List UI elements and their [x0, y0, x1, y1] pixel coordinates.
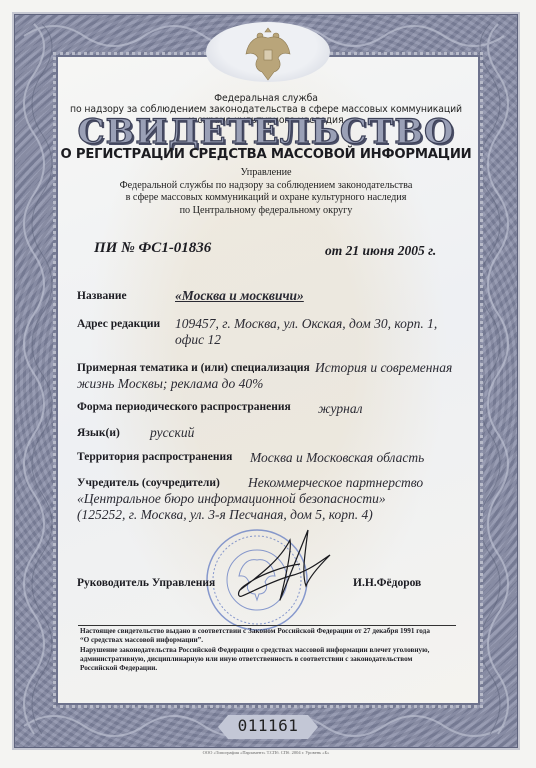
notice-line: Нарушение законодательства Российской Фе… — [80, 646, 460, 655]
field-value-topic-line1: История и современная — [315, 360, 452, 376]
legal-notice: Настоящее свидетельство выдано в соответ… — [80, 627, 460, 673]
signatory-title: Руководитель Управления — [77, 577, 215, 589]
notice-divider — [78, 625, 456, 626]
notice-line: Настоящее свидетельство выдано в соответ… — [80, 627, 460, 636]
department-name: Управление Федеральной службы по надзору… — [56, 167, 476, 217]
notice-line: Российской Федерации. — [80, 664, 460, 673]
signatory-name: И.Н.Фёдоров — [353, 577, 421, 589]
field-label-founder: Учредитель (соучредители) — [77, 477, 220, 489]
serial-number: 011161 — [218, 716, 318, 735]
double-headed-eagle-crest-icon — [242, 24, 294, 84]
field-value-founder-line1: Некоммерческое партнерство — [248, 475, 423, 491]
department-line: по Центральному федеральному округу — [56, 205, 476, 218]
document-subtitle: О РЕГИСТРАЦИИ СРЕДСТВА МАССОВОЙ ИНФОРМАЦ… — [56, 147, 476, 162]
field-label-topic: Примерная тематика и (или) специализация — [77, 362, 310, 374]
field-value-language: русский — [150, 425, 194, 441]
field-label-address: Адрес редакции — [77, 318, 160, 330]
field-label-name: Название — [77, 290, 127, 302]
registration-number: ПИ № ФС1-01836 — [94, 240, 211, 257]
address-line: офис 12 — [175, 332, 437, 348]
document-title: СВИДЕТЕЛЬСТВО — [56, 112, 476, 152]
printer-imprint: ООО «Типография «Парламент» Т.СПб. СПб. … — [56, 750, 476, 755]
department-line: в сфере массовых коммуникаций и охране к… — [56, 192, 476, 205]
notice-line: “О средствах массовой информации”. — [80, 636, 460, 645]
field-value-topic-line2: жизнь Москвы; реклама до 40% — [77, 376, 263, 392]
notice-line: административную, дисциплинарную или ину… — [80, 655, 460, 664]
field-value-founder-line2: «Центральное бюро информационной безопас… — [77, 491, 386, 507]
field-label-form: Форма периодического распространения — [77, 401, 291, 413]
field-label-language: Язык(и) — [77, 427, 120, 439]
department-line: Управление — [56, 167, 476, 180]
agency-line: Федеральная служба — [56, 93, 476, 104]
field-value-form: журнал — [318, 401, 362, 417]
department-line: Федеральной службы по надзору за соблюде… — [56, 180, 476, 193]
registration-date: от 21 июня 2005 г. — [325, 243, 436, 259]
field-value-address: 109457, г. Москва, ул. Окская, дом 30, к… — [175, 316, 437, 348]
field-value-name: «Москва и москвичи» — [175, 288, 304, 304]
field-label-territory: Территория распространения — [77, 451, 232, 463]
field-value-territory: Москва и Московская область — [250, 450, 424, 466]
signature — [230, 520, 340, 606]
address-line: 109457, г. Москва, ул. Окская, дом 30, к… — [175, 316, 437, 332]
